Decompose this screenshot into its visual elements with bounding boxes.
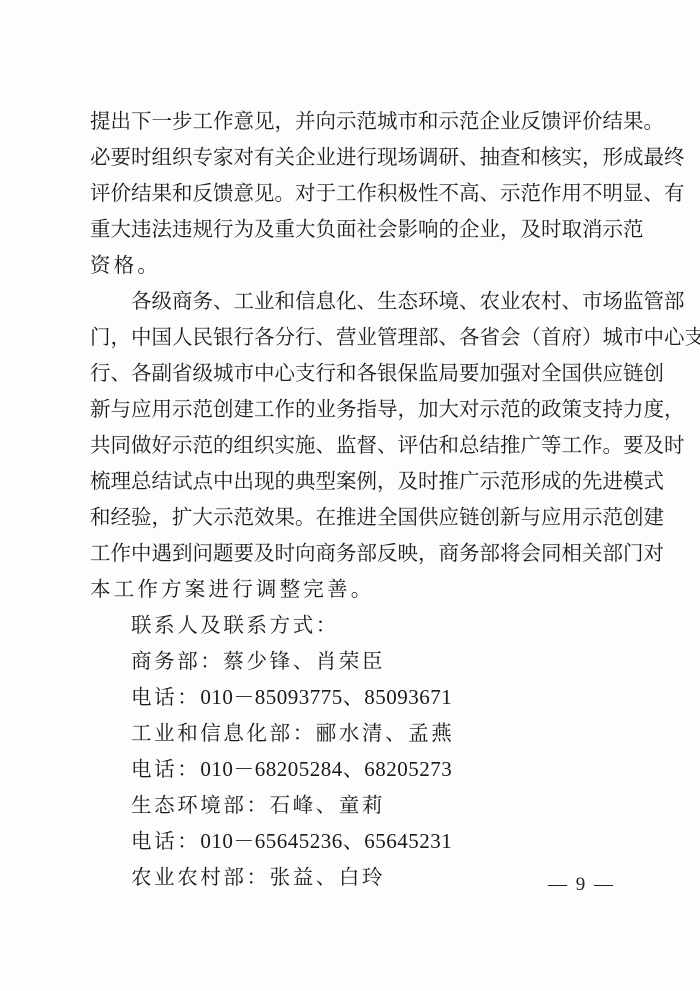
paragraph-2-line-9: 本工作方案进行调整完善。 bbox=[90, 575, 615, 603]
page-number: — 9 — bbox=[548, 874, 615, 896]
paragraph-2-line-6: 梳理总结试点中出现的典型案例，及时推广示范形成的先进模式 bbox=[90, 467, 615, 495]
contact-commerce-names: 商务部：蔡少锋、肖荣臣 bbox=[131, 647, 656, 675]
phone-number: 010－65645236、65645231 bbox=[200, 829, 452, 853]
paragraph-1-line-1: 提出下一步工作意见，并向示范城市和示范企业反馈评价结果。 bbox=[90, 107, 615, 135]
phone-label: 电话： bbox=[131, 829, 200, 853]
phone-label: 电话： bbox=[131, 757, 200, 781]
phone-number: 010－68205284、68205273 bbox=[200, 757, 452, 781]
paragraph-1-line-4: 重大违法违规行为及重大负面社会影响的企业，及时取消示范 bbox=[90, 215, 615, 243]
paragraph-2-line-3: 行、各副省级城市中心支行和各银保监局要加强对全国供应链创 bbox=[90, 359, 615, 387]
contact-miit-names: 工业和信息化部：郦水清、孟燕 bbox=[131, 719, 656, 747]
contacts-heading: 联系人及联系方式： bbox=[131, 611, 656, 639]
contact-miit-phone: 电话：010－68205284、68205273 bbox=[131, 755, 656, 783]
paragraph-2-line-2: 门，中国人民银行各分行、营业管理部、各省会（首府）城市中心支 bbox=[90, 323, 615, 351]
paragraph-2-line-7: 和经验，扩大示范效果。在推进全国供应链创新与应用示范创建 bbox=[90, 503, 615, 531]
paragraph-1-line-2: 必要时组织专家对有关企业进行现场调研、抽查和核实，形成最终 bbox=[90, 143, 615, 171]
phone-number: 010－85093775、85093671 bbox=[200, 685, 452, 709]
paragraph-2-line-4: 新与应用示范创建工作的业务指导，加大对示范的政策支持力度， bbox=[90, 395, 615, 423]
contact-commerce-phone: 电话：010－85093775、85093671 bbox=[131, 683, 656, 711]
paragraph-2-line-5: 共同做好示范的组织实施、监督、评估和总结推广等工作。要及时 bbox=[90, 431, 615, 459]
paragraph-1-line-5: 资格。 bbox=[90, 251, 615, 279]
paragraph-2-line-1: 各级商务、工业和信息化、生态环境、农业农村、市场监管部 bbox=[131, 287, 615, 315]
paragraph-1-line-3: 评价结果和反馈意见。对于工作积极性不高、示范作用不明显、有 bbox=[90, 179, 615, 207]
document-page: 提出下一步工作意见，并向示范城市和示范企业反馈评价结果。 必要时组织专家对有关企… bbox=[0, 0, 700, 991]
contact-mee-names: 生态环境部：石峰、童莉 bbox=[131, 791, 656, 819]
paragraph-2-line-8: 工作中遇到问题要及时向商务部反映，商务部将会同相关部门对 bbox=[90, 539, 615, 567]
contact-mee-phone: 电话：010－65645236、65645231 bbox=[131, 827, 656, 855]
phone-label: 电话： bbox=[131, 685, 200, 709]
